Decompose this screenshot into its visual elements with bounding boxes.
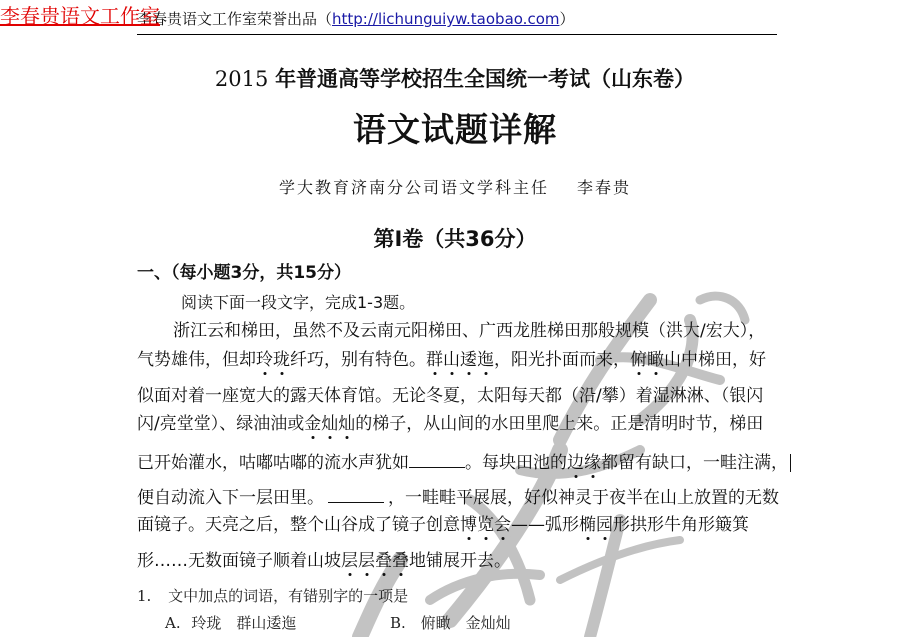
text: 的梯子，从山间的水田里爬上来。正是清明时节，梯田	[355, 414, 763, 434]
question-text: 文中加点的词语，有错别字的一项是	[168, 587, 408, 605]
volume-heading: 第Ⅰ卷（共36分）	[0, 224, 910, 254]
header-close-paren: ）	[559, 10, 574, 28]
dotted-word-jincancan: 金灿灿	[304, 414, 355, 434]
passage-line-7: 面镜子。天亮之后，整个山谷成了镜子创意博览会——弧形椭园形拱形牛角形簸箕	[137, 512, 749, 538]
text: ，阳光扑面而来，	[494, 350, 630, 370]
dotted-word-tuoyuan: 椭园	[579, 515, 613, 535]
option-label: B.	[390, 614, 406, 632]
text: 形拱形牛角形簸箕	[613, 515, 749, 535]
text-cursor	[790, 454, 791, 472]
text: 山中梯田，好	[664, 350, 766, 370]
fill-blank-2	[328, 484, 384, 503]
dotted-word-qunshan: 群山逶迤	[426, 350, 494, 370]
exam-year: 2015	[215, 67, 268, 91]
passage-line-6: 便自动流入下一层田里。，一畦畦平展展，好似神灵于夜半在山上放置的无数	[137, 484, 779, 511]
author-line: 学大教育济南分公司语文学科主任李春贵	[0, 176, 910, 200]
corner-watermark-text: 李春贵语文工作室	[0, 4, 160, 28]
text: 纤巧，别有特色。	[290, 350, 426, 370]
question-1-option-a: A. 玲珑 群山逶迤	[165, 612, 296, 634]
passage-line-1: 浙江云和梯田，虽然不及云南元阳梯田、广西龙胜梯田那般规模（洪大/宏大），	[173, 318, 765, 344]
text: 形……无数面镜子顺着山坡	[137, 551, 341, 571]
dotted-word-linglong: 玲珑	[256, 350, 290, 370]
dotted-word-bolanhui: 博览会	[460, 515, 511, 535]
text: 地铺展开去。	[409, 551, 511, 571]
dotted-word-bianyuan: 边缘	[567, 453, 601, 473]
text: 。每块田池的	[465, 453, 567, 473]
question-1-stem: 1. 文中加点的词语，有错别字的一项是	[137, 585, 408, 607]
passage-line-2: 气势雄伟，但却玲珑纤巧，别有特色。群山逶迤，阳光扑面而来，俯瞰山中梯田，好	[137, 347, 766, 373]
question-number: 1.	[137, 587, 151, 605]
passage-line-3: 似面对着一座宽大的露天体育馆。无论冬夏，太阳每天都（沿/攀）着湿淋淋、（银闪	[137, 383, 763, 409]
section-instruction: 阅读下面一段文字，完成1-3题。	[181, 291, 415, 315]
text: 已开始灌水，咕嘟咕嘟的流水声犹如	[137, 453, 409, 473]
dotted-word-cengceng: 层层叠叠	[341, 551, 409, 571]
fill-blank-1	[409, 449, 465, 468]
author-name: 李春贵	[577, 178, 631, 197]
page-header: 李春贵语文工作室荣誉出品（http://lichunguiyw.taobao.c…	[137, 8, 777, 35]
text: ，一畦畦平展展，好似神灵于夜半在山上放置的无数	[388, 488, 779, 508]
passage-line-5: 已开始灌水，咕嘟咕嘟的流水声犹如。每块田池的边缘都留有缺口，一畦注满，	[137, 449, 791, 476]
section-heading: 一、（每小题3分，共15分）	[137, 260, 351, 286]
passage-line-4: 闪/亮堂堂）、绿油油或金灿灿的梯子，从山间的水田里爬上来。正是清明时节，梯田	[137, 411, 763, 437]
text: 闪/亮堂堂）、绿油油或	[137, 414, 304, 434]
text: 气势雄伟，但却	[137, 350, 256, 370]
text: 便自动流入下一层田里。	[137, 488, 324, 508]
text: 都留有缺口，一畦注满，	[601, 453, 788, 473]
exam-name: 年普通高等学校招生全国统一考试（山东卷）	[275, 67, 695, 91]
dotted-word-fukan: 俯瞰	[630, 350, 664, 370]
text: ——弧形	[511, 515, 579, 535]
header-credit: 李春贵语文工作室荣誉出品（	[137, 10, 332, 28]
option-text: 俯瞰 金灿灿	[421, 614, 511, 632]
author-affiliation: 学大教育济南分公司语文学科主任	[279, 178, 549, 197]
text: 面镜子。天亮之后，整个山谷成了镜子创意	[137, 515, 460, 535]
question-1-option-b: B. 俯瞰 金灿灿	[390, 612, 511, 634]
option-text: 玲珑 群山逶迤	[191, 614, 296, 632]
document-title: 语文试题详解	[0, 108, 910, 152]
passage-line-8: 形……无数面镜子顺着山坡层层叠叠地铺展开去。	[137, 548, 511, 574]
option-label: A.	[165, 614, 181, 632]
header-link[interactable]: http://lichunguiyw.taobao.com	[332, 10, 559, 28]
exam-title: 2015 年普通高等学校招生全国统一考试（山东卷）	[0, 64, 910, 94]
